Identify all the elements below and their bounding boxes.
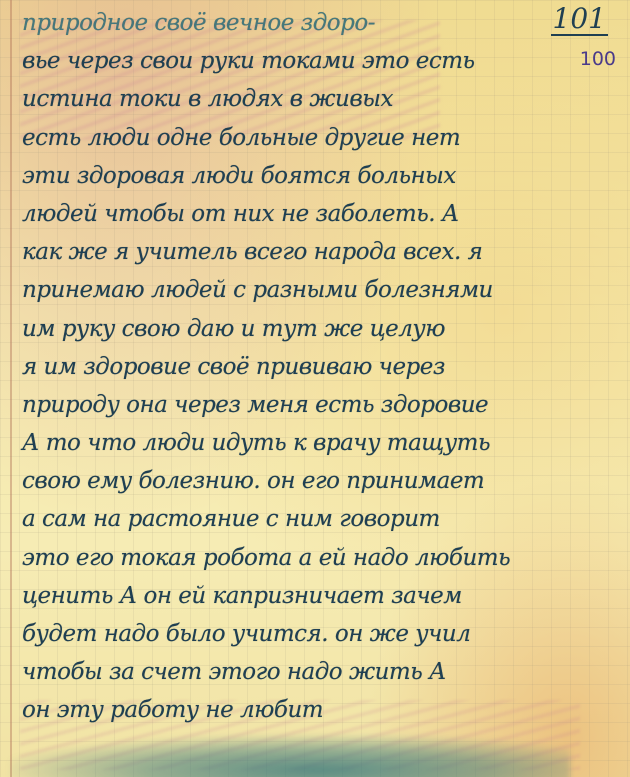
text-line: а сам на растояние с ним говорит	[22, 500, 582, 538]
manuscript-page: 101 100 природное своё вечное здоро- вье…	[0, 0, 630, 777]
margin-line	[10, 0, 12, 777]
page-number-alt: 100	[580, 48, 616, 70]
text-line: ценить А он ей капризничает зачем	[22, 577, 582, 615]
text-line: эти здоровая люди боятся больных	[22, 157, 582, 195]
text-line: природное своё вечное здоро-	[22, 4, 582, 42]
text-line: чтобы за счет этого надо жить А	[22, 653, 582, 691]
text-line: как же я учитель всего народа всех. я	[22, 233, 582, 271]
text-line: я им здоровие своё прививаю через	[22, 348, 582, 386]
text-line: природу она через меня есть здоровие	[22, 386, 582, 424]
text-line: вье через свои руки токами это есть	[22, 42, 582, 80]
ink-smear	[10, 735, 570, 777]
text-line: это его токая робота а ей надо любить	[22, 539, 582, 577]
text-line: истина токи в людях в живых	[22, 80, 582, 118]
text-line: принемаю людей с разными болезнями	[22, 271, 582, 309]
text-line: людей чтобы от них не заболеть. А	[22, 195, 582, 233]
handwritten-text: природное своё вечное здоро- вье через с…	[22, 4, 582, 730]
text-line: им руку свою даю и тут же целую	[22, 310, 582, 348]
text-line: есть люди одне больные другие нет	[22, 119, 582, 157]
text-line: свою ему болезнию. он его принимает	[22, 462, 582, 500]
text-line: он эту работу не любит	[22, 691, 582, 729]
text-line: А то что люди идуть к врачу тащуть	[22, 424, 582, 462]
text-line: будет надо было учится. он же учил	[22, 615, 582, 653]
